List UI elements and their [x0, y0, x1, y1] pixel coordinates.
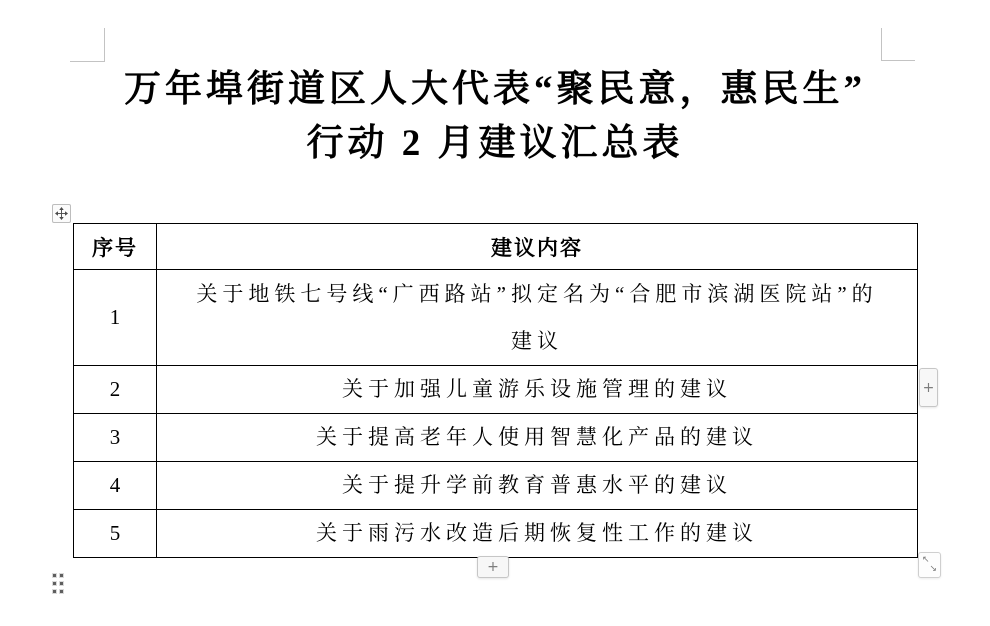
plus-icon: +	[487, 559, 499, 575]
row-number-cell[interactable]: 2	[74, 366, 157, 414]
text-boundary-mark-top-right	[881, 28, 915, 61]
plus-icon: +	[923, 380, 935, 396]
row-number-cell[interactable]: 5	[74, 510, 157, 558]
row-content-cell[interactable]: 关于加强儿童游乐设施管理的建议	[157, 366, 918, 414]
row-number-cell[interactable]: 4	[74, 462, 157, 510]
page-title-line1: 万年埠街道区人大代表“聚民意，惠民生”	[0, 63, 990, 117]
row-content-cell[interactable]: 关于雨污水改造后期恢复性工作的建议	[157, 510, 918, 558]
drag-grip-handle[interactable]	[53, 574, 63, 593]
row-content-cell[interactable]: 关于地铁七号线“广西路站”拟定名为“合肥市滨湖医院站”的 建议	[157, 270, 918, 366]
table-header-row: 序号 建议内容	[74, 224, 918, 270]
row-content-cell[interactable]: 关于提升学前教育普惠水平的建议	[157, 462, 918, 510]
page-title-line2: 行动 2 月建议汇总表	[0, 117, 990, 171]
move-icon	[55, 207, 68, 220]
table-row: 5 关于雨污水改造后期恢复性工作的建议	[74, 510, 918, 558]
table-move-handle[interactable]	[52, 204, 71, 223]
row-number-cell[interactable]: 1	[74, 270, 157, 366]
grip-dot	[60, 590, 63, 593]
text-boundary-mark-top-left	[70, 28, 105, 62]
grip-dot	[53, 574, 56, 577]
table-row: 4 关于提升学前教育普惠水平的建议	[74, 462, 918, 510]
page-title: 万年埠街道区人大代表“聚民意，惠民生” 行动 2 月建议汇总表	[0, 63, 990, 171]
resize-arrow-up-left-icon: ↖	[922, 556, 930, 565]
table-row: 3 关于提高老年人使用智慧化产品的建议	[74, 414, 918, 462]
row-number-cell[interactable]: 3	[74, 414, 157, 462]
suggestions-table: 序号 建议内容 1 关于地铁七号线“广西路站”拟定名为“合肥市滨湖医院站”的 建…	[73, 223, 918, 558]
table-resize-handle[interactable]: ↖ ↘	[918, 552, 941, 578]
add-column-button[interactable]: +	[919, 368, 938, 407]
grip-dot	[60, 574, 63, 577]
grip-dot	[60, 582, 63, 585]
add-row-button[interactable]: +	[477, 556, 509, 578]
resize-arrow-down-right-icon: ↘	[929, 565, 937, 574]
table-row: 2 关于加强儿童游乐设施管理的建议	[74, 366, 918, 414]
row-content-cell[interactable]: 关于提高老年人使用智慧化产品的建议	[157, 414, 918, 462]
grip-dot	[53, 590, 56, 593]
grip-dot	[53, 582, 56, 585]
col-header-number[interactable]: 序号	[74, 224, 157, 270]
table-row: 1 关于地铁七号线“广西路站”拟定名为“合肥市滨湖医院站”的 建议	[74, 270, 918, 366]
document-page[interactable]: { "document": { "title_line1": "万年埠街道区人大…	[0, 0, 990, 626]
col-header-content[interactable]: 建议内容	[157, 224, 918, 270]
